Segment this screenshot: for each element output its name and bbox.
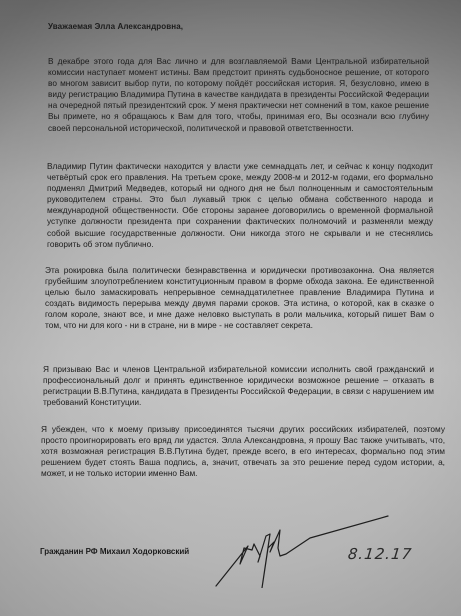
signer-name: Гражданин РФ Михаил Ходорковский [40, 547, 189, 556]
paragraph-3: Эта рокировка была политически безнравст… [45, 265, 434, 332]
salutation: Уважаемая Элла Александровна, [48, 22, 183, 31]
paragraph-5: Я убежден, что к моему призыву присоедин… [41, 424, 445, 479]
handwritten-date: 8.12.17 [347, 545, 413, 563]
paragraph-4: Я призываю Вас и членов Центральной изби… [43, 364, 434, 408]
paragraph-1: В декабре этого года для Вас лично и для… [48, 56, 429, 134]
letter-page: Уважаемая Элла Александровна, В декабре … [0, 0, 461, 616]
paragraph-2: Владимир Путин фактически находится у вл… [47, 161, 433, 250]
